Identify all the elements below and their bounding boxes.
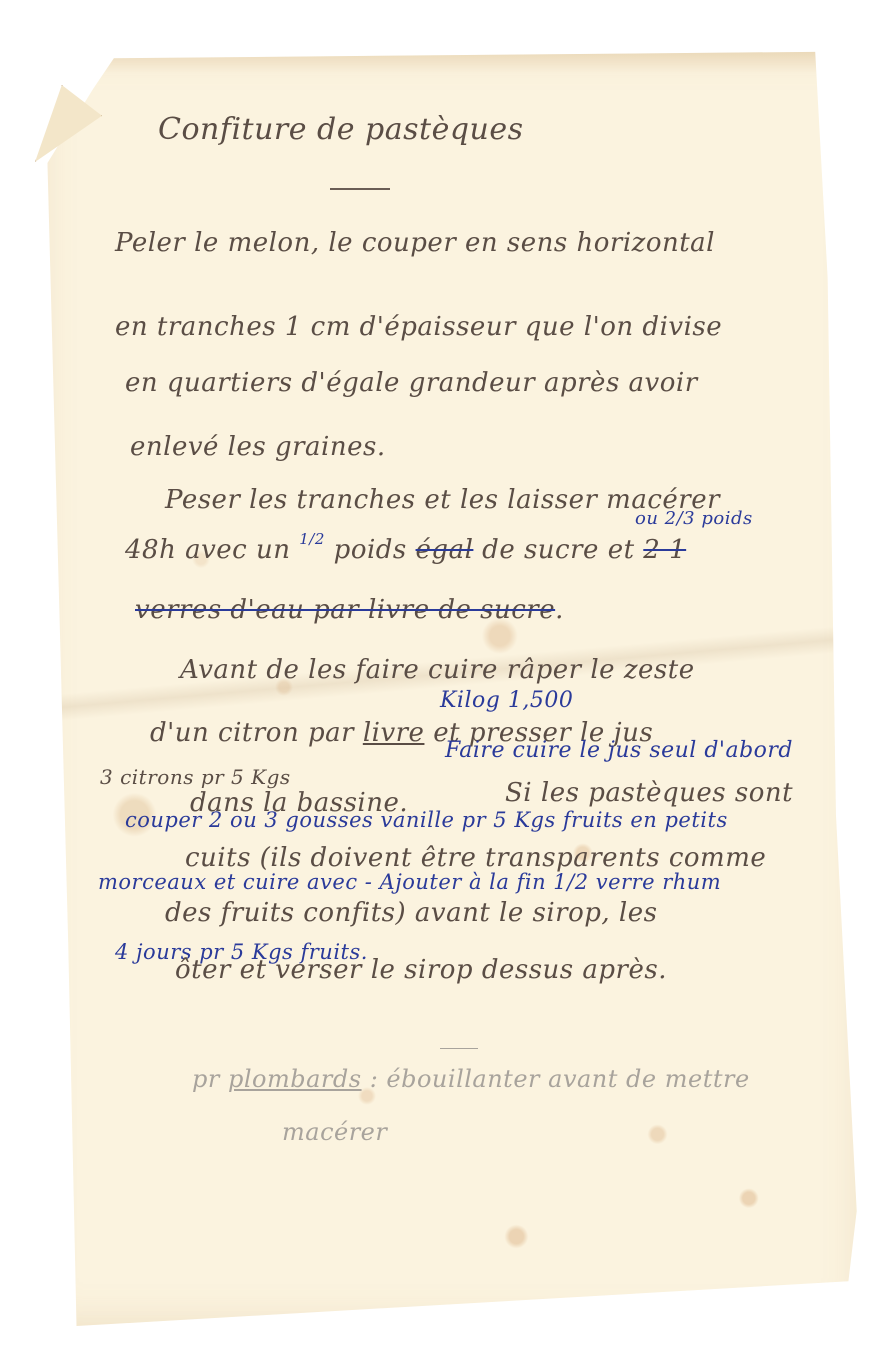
p2-line3: verres d'eau par livre de sucre. (135, 595, 564, 625)
pencil-line1: pr plombards : ébouillanter avant de met… (192, 1065, 750, 1093)
p2-struck3: verres d'eau par livre de sucre (135, 595, 555, 625)
title-divider (330, 188, 390, 190)
p1-line1: Peler le melon, le couper en sens horizo… (115, 228, 715, 258)
p3-line1: Avant de les faire cuire râper le zeste (180, 655, 695, 685)
p1-line2: en tranches 1 cm d'épaisseur que l'on di… (115, 312, 722, 342)
p1-line3: en quartiers d'égale grandeur après avoi… (125, 368, 698, 398)
p2-struck1: égal (416, 535, 474, 565)
pencil-rest: : ébouillanter avant de mettre (370, 1065, 750, 1093)
p3-blue-note3: morceaux et cuire avec - Ajouter à la fi… (98, 870, 721, 894)
p3-line3b: Si les pastèques sont (505, 778, 793, 808)
p3-prefix: d'un citron par (150, 718, 354, 748)
p3-kilo-annotation: Kilog 1,500 (440, 688, 573, 713)
p3-blue-note1: Faire cuire le jus seul d'abord (445, 738, 793, 763)
p3-blue-note2: couper 2 ou 3 gousses vanille pr 5 Kgs f… (125, 808, 728, 832)
p3-margin-note: 3 citrons pr 5 Kgs (100, 765, 291, 789)
p1-line4: enlevé les graines. (130, 432, 386, 462)
p3-line5: des fruits confits) avant le sirop, les (165, 898, 657, 928)
p3-struck: livre (363, 718, 425, 748)
pencil-dash (440, 1048, 478, 1049)
recipe-title: Confiture de pastèques (158, 112, 524, 147)
p2-line2: 48h avec un 1/2 poids égal de sucre et 2… (125, 535, 686, 565)
p2-struck2: 2 1 (643, 535, 686, 565)
p2-end: . (555, 595, 564, 625)
p2-annotation: ou 2/3 poids (635, 508, 753, 529)
p3-line4: cuits (ils doivent être transparents com… (185, 843, 766, 873)
p2-mid: poids (334, 535, 407, 565)
p3-line6: ôter et verser le sirop dessus après. (175, 955, 667, 985)
pencil-line2: macérer (282, 1118, 387, 1146)
p2-after: de sucre et (482, 535, 634, 565)
pencil-word: plombards (228, 1065, 362, 1093)
p2-half: 1/2 (299, 530, 325, 548)
p2-prefix: 48h avec un (125, 535, 291, 565)
pencil-prefix: pr (192, 1065, 220, 1093)
